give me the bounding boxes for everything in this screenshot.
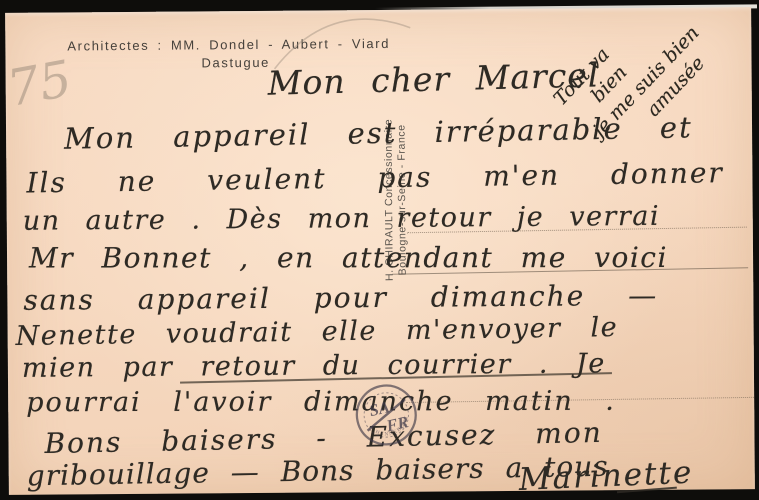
letter-line: pourrai l'avoir dimanche matin . [26, 386, 616, 419]
ink-stamp-icon: SA FR · HENNEBONT · [347, 376, 426, 455]
letter-line: un autre . Dès mon retour je verrai [23, 201, 661, 237]
scan-black-frame: Architectes : MM. Dondel - Aubert - Viar… [0, 0, 759, 500]
letter-line: sans appareil pour dimanche — [23, 279, 658, 317]
signature: Marinette [518, 455, 694, 498]
postcard-back: Architectes : MM. Dondel - Aubert - Viar… [5, 7, 755, 495]
letter-line: Ils ne veulent pas m'en donner — [26, 155, 759, 200]
pencil-number: 75 [3, 49, 76, 118]
letter-line: Nenette voudrait elle m'envoyer le [15, 312, 618, 352]
